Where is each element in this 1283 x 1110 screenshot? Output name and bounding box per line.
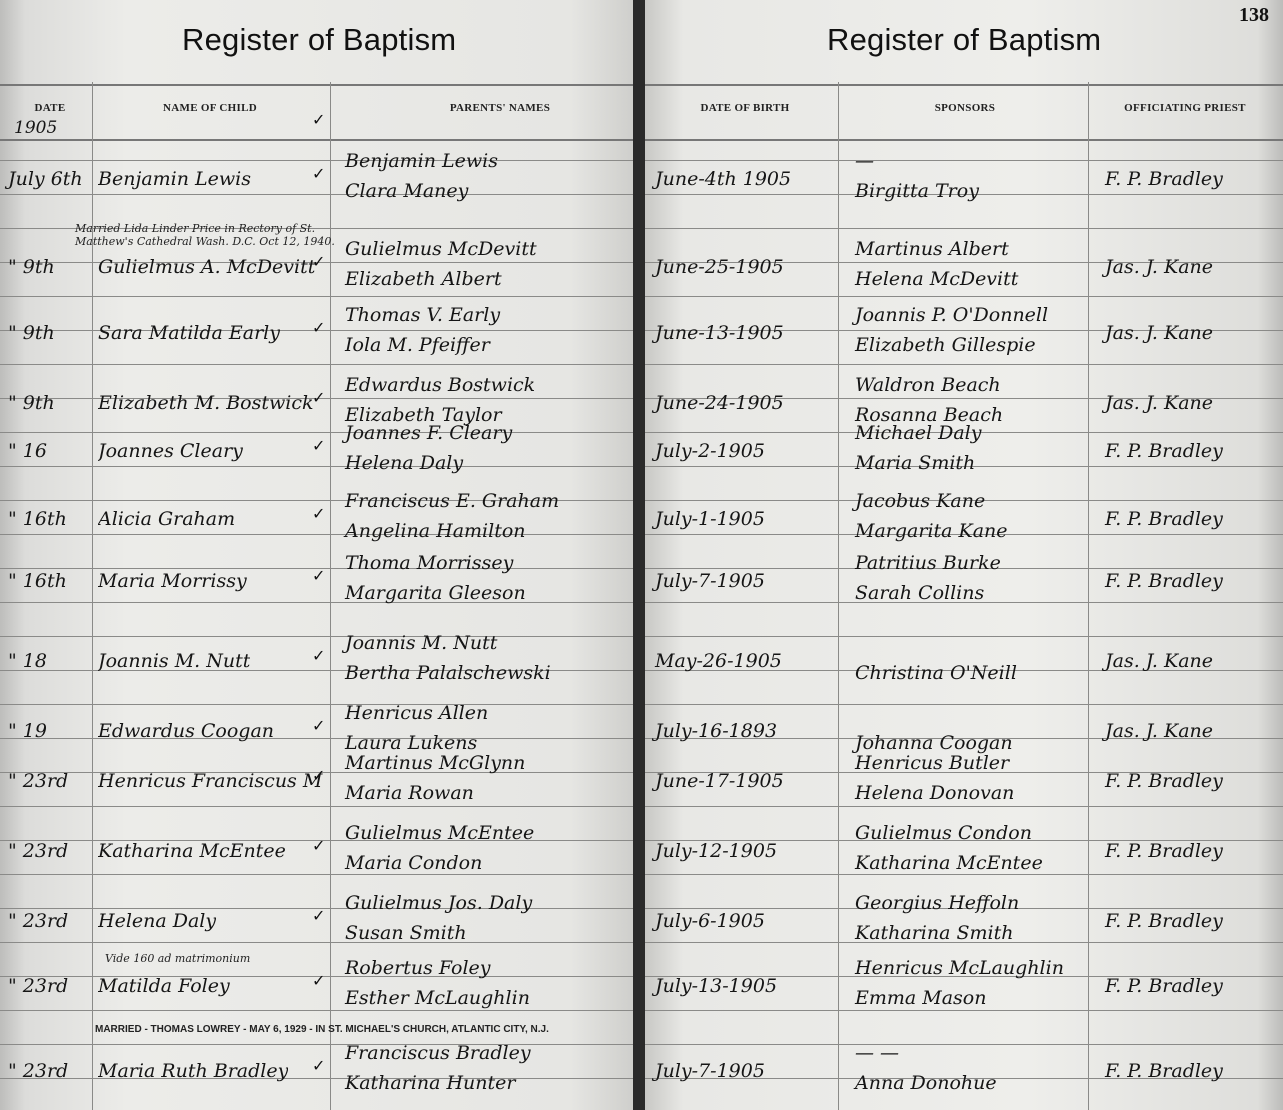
check-mark-icon: ✓ [312,318,325,337]
father-name: Franciscus Bradley [345,1042,531,1064]
sponsor-1: — — [855,1042,899,1064]
margin-annotation: Vide 160 ad matrimonium [105,952,250,965]
officiating-priest: F. P. Bradley [1105,508,1223,530]
officiating-priest: Jas. J. Kane [1105,256,1213,278]
officiating-priest: Jas. J. Kane [1105,322,1213,344]
father-name: Joannis M. Nutt [345,632,497,654]
date-of-birth: July-7-1905 [655,1060,765,1082]
date-of-birth: July-2-1905 [655,440,765,462]
baptism-date: " 23rd [8,975,68,997]
date-of-birth: July-7-1905 [655,570,765,592]
right-page: 138 Register of Baptism DATE OF BIRTH SP… [645,0,1283,1110]
year-label: 1905 [14,118,57,138]
baptism-date: " 23rd [8,770,68,792]
mother-name: Margarita Gleeson [345,582,526,604]
officiating-priest: F. P. Bradley [1105,910,1223,932]
sponsor-2: Anna Donohue [855,1072,997,1094]
father-name: Martinus McGlynn [345,752,525,774]
father-name: Henricus Allen [345,702,488,724]
check-mark-icon: ✓ [312,252,325,271]
date-of-birth: June-17-1905 [655,770,784,792]
column-header-date-of-birth: DATE OF BIRTH [675,102,815,114]
date-of-birth: June-24-1905 [655,392,784,414]
child-name: Benjamin Lewis [98,168,251,190]
sponsor-1: Martinus Albert [855,238,1009,260]
sponsor-1: Waldron Beach [855,374,1001,396]
baptism-date: " 19 [8,720,47,742]
check-mark-icon: ✓ [312,766,325,785]
date-of-birth: July-12-1905 [655,840,777,862]
mother-name: Laura Lukens [345,732,477,754]
mother-name: Maria Rowan [345,782,474,804]
sponsor-2: Margarita Kane [855,520,1008,542]
mother-name: Clara Maney [345,180,468,202]
check-mark-icon: ✓ [312,164,325,183]
check-mark-icon: ✓ [312,971,325,990]
ruled-line [645,1044,1283,1045]
date-of-birth: July-13-1905 [655,975,777,997]
sponsor-2: Helena Donovan [855,782,1014,804]
ruled-line [0,1010,633,1011]
check-mark-icon: ✓ [312,836,325,855]
father-name: Edwardus Bostwick [345,374,535,396]
ruled-line [0,534,633,535]
ruled-line [645,704,1283,705]
sponsor-1: Jacobus Kane [855,490,985,512]
check-mark-icon: ✓ [312,436,325,455]
father-name: Benjamin Lewis [345,150,498,172]
ruled-line [0,942,633,943]
date-of-birth: June-25-1905 [655,256,784,278]
officiating-priest: F. P. Bradley [1105,570,1223,592]
ruled-line [0,160,633,161]
book-gutter [633,0,645,1110]
column-header-officiating-priest: OFFICIATING PRIEST [1105,102,1265,114]
sponsor-2: Katharina McEntee [855,852,1043,874]
ruled-line [0,874,633,875]
column-header-parents-names: PARENTS' NAMES [420,102,580,114]
father-name: Franciscus E. Graham [345,490,559,512]
father-name: Thoma Morrissey [345,552,513,574]
baptism-date: " 23rd [8,1060,68,1082]
check-mark-icon: ✓ [312,1056,325,1075]
page-number: 138 [1239,4,1269,27]
child-name: Edwardus Coogan [98,720,274,742]
ruled-line [0,432,633,433]
father-name: Thomas V. Early [345,304,500,326]
child-name: Maria Morrissy [98,570,247,592]
father-name: Gulielmus Jos. Daly [345,892,532,914]
child-name: Elizabeth M. Bostwick [98,392,314,414]
baptism-date: " 9th [8,392,55,414]
mother-name: Katharina Hunter [345,1072,516,1094]
ruled-line [0,364,633,365]
sponsor-2: Birgitta Troy [855,180,979,202]
father-name: Gulielmus McDevitt [345,238,537,260]
father-name: Joannes F. Cleary [345,422,512,444]
column-header-sponsors: SPONSORS [895,102,1035,114]
ruled-line [0,806,633,807]
ruled-line [0,738,633,739]
officiating-priest: Jas. J. Kane [1105,720,1213,742]
mother-name: Bertha Palalschewski [345,662,551,684]
column-divider [1088,82,1089,1110]
margin-annotation: MARRIED - THOMAS LOWREY - MAY 6, 1929 - … [95,1024,633,1035]
officiating-priest: F. P. Bradley [1105,1060,1223,1082]
sponsor-2: Emma Mason [855,987,986,1009]
sponsor-2: Helena McDevitt [855,268,1018,290]
sponsor-1: Joannis P. O'Donnell [855,304,1048,326]
ruled-line [0,466,633,467]
margin-annotation: Married Lida Linder Price in Rectory of … [75,222,335,248]
date-of-birth: July-1-1905 [655,508,765,530]
left-page: Register of Baptism DATE NAME OF CHILD P… [0,0,633,1110]
officiating-priest: F. P. Bradley [1105,975,1223,997]
sponsor-2: Sarah Collins [855,582,984,604]
sponsor-1: — [855,150,874,172]
header-top-rule [0,84,633,86]
ruled-line [0,704,633,705]
baptism-date: " 9th [8,256,55,278]
check-mark-icon: ✓ [312,110,325,129]
ruled-line [645,806,1283,807]
child-name: Maria Ruth Bradley [98,1060,288,1082]
child-name: Henricus Franciscus McGlynn [98,770,323,792]
header-bottom-rule [645,139,1283,141]
mother-name: Esther McLaughlin [345,987,530,1009]
baptism-date: " 9th [8,322,55,344]
baptism-date: July 6th [8,168,83,190]
check-mark-icon: ✓ [312,646,325,665]
child-name: Alicia Graham [98,508,235,530]
ruled-line [0,1044,633,1045]
father-name: Robertus Foley [345,957,491,979]
sponsor-2: Katharina Smith [855,922,1013,944]
baptism-date: " 16th [8,570,67,592]
sponsor-2: Christina O'Neill [855,662,1017,684]
officiating-priest: F. P. Bradley [1105,840,1223,862]
date-of-birth: June-13-1905 [655,322,784,344]
check-mark-icon: ✓ [312,504,325,523]
mother-name: Susan Smith [345,922,467,944]
baptism-date: " 16th [8,508,67,530]
ruled-line [0,1078,633,1079]
baptism-date: " 18 [8,650,47,672]
check-mark-icon: ✓ [312,566,325,585]
ruled-line [645,636,1283,637]
father-name: Gulielmus McEntee [345,822,534,844]
child-name: Katharina McEntee [98,840,286,862]
column-divider [838,82,839,1110]
ruled-line [645,1010,1283,1011]
ruled-line [645,874,1283,875]
child-name: Joannis M. Nutt [98,650,250,672]
officiating-priest: F. P. Bradley [1105,770,1223,792]
child-name: Helena Daly [98,910,216,932]
child-name: Matilda Foley [98,975,230,997]
date-of-birth: June-4th 1905 [655,168,791,190]
column-header-name-of-child: NAME OF CHILD [130,102,290,114]
header-bottom-rule [0,139,633,141]
ruled-line [0,296,633,297]
date-of-birth: July-6-1905 [655,910,765,932]
ruled-line [645,228,1283,229]
sponsor-2: Johanna Coogan [855,732,1013,754]
officiating-priest: Jas. J. Kane [1105,650,1213,672]
sponsor-2: Elizabeth Gillespie [855,334,1036,356]
officiating-priest: F. P. Bradley [1105,168,1223,190]
date-of-birth: July-16-1893 [655,720,777,742]
header-top-rule [645,84,1283,86]
officiating-priest: F. P. Bradley [1105,440,1223,462]
ruled-line [0,194,633,195]
child-name: Joannes Cleary [98,440,243,462]
sponsor-1: Gulielmus Condon [855,822,1032,844]
sponsor-1: Henricus Butler [855,752,1009,774]
mother-name: Helena Daly [345,452,463,474]
ruled-line [0,636,633,637]
check-mark-icon: ✓ [312,906,325,925]
sponsor-2: Maria Smith [855,452,975,474]
check-mark-icon: ✓ [312,716,325,735]
baptism-date: " 23rd [8,910,68,932]
sponsor-1: Georgius Heffoln [855,892,1019,914]
left-page-title: Register of Baptism [182,22,456,58]
child-name: Gulielmus A. McDevitt [98,256,315,278]
check-mark-icon: ✓ [312,388,325,407]
mother-name: Maria Condon [345,852,482,874]
ruled-line [0,602,633,603]
date-of-birth: May-26-1905 [655,650,782,672]
baptism-date: " 16 [8,440,47,462]
sponsor-1: Patritius Burke [855,552,1001,574]
baptism-date: " 23rd [8,840,68,862]
column-header-date: DATE [20,102,80,114]
right-page-title: Register of Baptism [827,22,1101,58]
sponsor-1: Michael Daly [855,422,981,444]
sponsor-1: Henricus McLaughlin [855,957,1064,979]
child-name: Sara Matilda Early [98,322,280,344]
mother-name: Elizabeth Albert [345,268,502,290]
mother-name: Angelina Hamilton [345,520,526,542]
ruled-line [645,296,1283,297]
mother-name: Iola M. Pfeiffer [345,334,490,356]
ruled-line [645,160,1283,161]
officiating-priest: Jas. J. Kane [1105,392,1213,414]
ruled-line [645,364,1283,365]
